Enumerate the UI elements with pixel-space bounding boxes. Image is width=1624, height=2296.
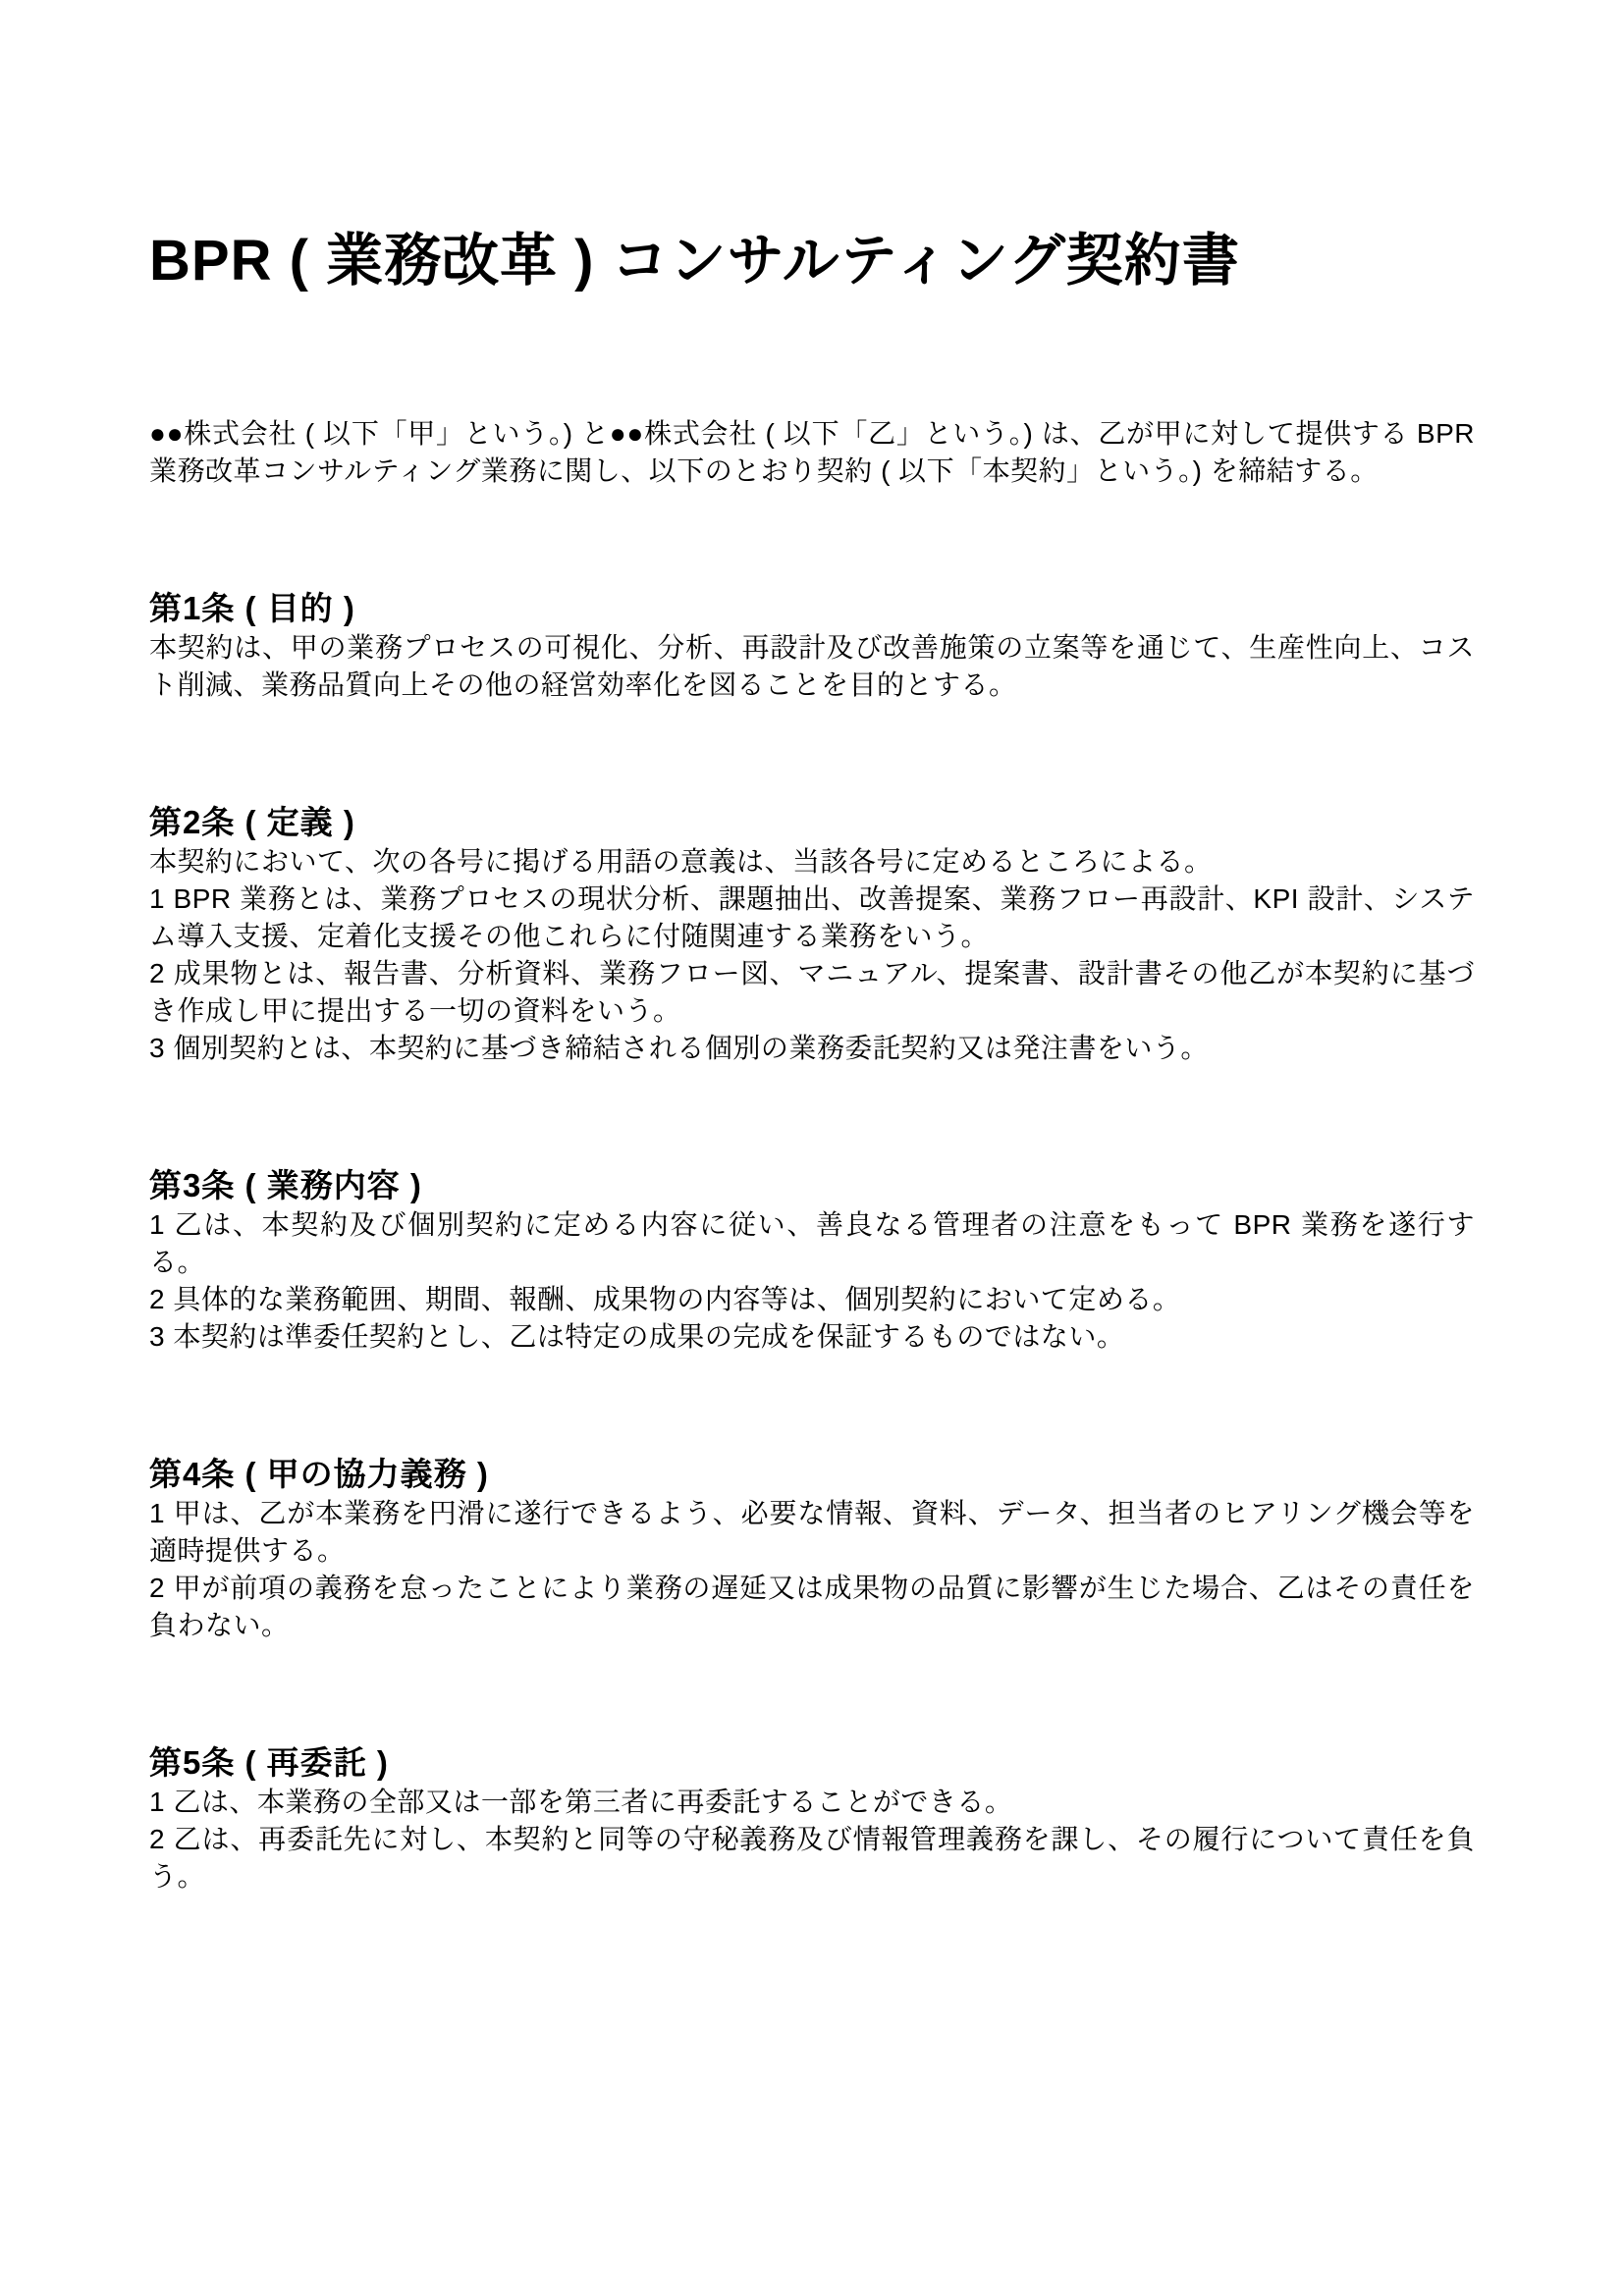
article-paragraph: 2 乙は、再委託先に対し、本契約と同等の守秘義務及び情報管理義務を課し、その履行… xyxy=(149,1821,1475,1896)
article-paragraph: 2 成果物とは、報告書、分析資料、業務フロー図、マニュアル、提案書、設計書その他… xyxy=(149,955,1475,1030)
article-body: 1 乙は、本業務の全部又は一部を第三者に再委託することができる。2 乙は、再委託… xyxy=(149,1784,1475,1896)
contract-article: 第1条 ( 目的 ) 本契約は、甲の業務プロセスの可視化、分析、再設計及び改善施… xyxy=(149,588,1475,704)
article-paragraph: 3 個別契約とは、本契約に基づき締結される個別の業務委託契約又は発注書をいう。 xyxy=(149,1030,1475,1067)
article-heading: 第1条 ( 目的 ) xyxy=(149,588,1475,629)
article-heading: 第4条 ( 甲の協力義務 ) xyxy=(149,1454,1475,1495)
article-paragraph: 2 甲が前項の義務を怠ったことにより業務の遅延又は成果物の品質に影響が生じた場合… xyxy=(149,1570,1475,1644)
article-body: 本契約は、甲の業務プロセスの可視化、分析、再設計及び改善施策の立案等を通じて、生… xyxy=(149,629,1475,704)
article-body: 1 甲は、乙が本業務を円滑に遂行できるよう、必要な情報、資料、データ、担当者のヒ… xyxy=(149,1495,1475,1644)
contract-article: 第4条 ( 甲の協力義務 ) 1 甲は、乙が本業務を円滑に遂行できるよう、必要な… xyxy=(149,1454,1475,1644)
contract-article: 第5条 ( 再委託 ) 1 乙は、本業務の全部又は一部を第三者に再委託することが… xyxy=(149,1742,1475,1896)
article-body: 1 乙は、本契約及び個別契約に定める内容に従い、善良なる管理者の注意をもって B… xyxy=(149,1206,1475,1356)
contract-article: 第3条 ( 業務内容 ) 1 乙は、本契約及び個別契約に定める内容に従い、善良な… xyxy=(149,1165,1475,1356)
article-heading: 第2条 ( 定義 ) xyxy=(149,802,1475,843)
article-heading: 第3条 ( 業務内容 ) xyxy=(149,1165,1475,1206)
article-paragraph: 本契約において、次の各号に掲げる用語の意義は、当該各号に定めるところによる。 xyxy=(149,843,1475,881)
articles: 第1条 ( 目的 ) 本契約は、甲の業務プロセスの可視化、分析、再設計及び改善施… xyxy=(149,588,1475,1896)
article-paragraph: 1 BPR 業務とは、業務プロセスの現状分析、課題抽出、改善提案、業務フロー再設… xyxy=(149,881,1475,955)
article-paragraph: 2 具体的な業務範囲、期間、報酬、成果物の内容等は、個別契約において定める。 xyxy=(149,1281,1475,1318)
contract-article: 第2条 ( 定義 ) 本契約において、次の各号に掲げる用語の意義は、当該各号に定… xyxy=(149,802,1475,1067)
article-paragraph: 1 乙は、本業務の全部又は一部を第三者に再委託することができる。 xyxy=(149,1784,1475,1821)
article-heading: 第5条 ( 再委託 ) xyxy=(149,1742,1475,1784)
document-title: BPR ( 業務改革 ) コンサルティング契約書 xyxy=(149,0,1475,297)
article-paragraph: 3 本契約は準委任契約とし、乙は特定の成果の完成を保証するものではない。 xyxy=(149,1318,1475,1356)
contract-document-page: BPR ( 業務改革 ) コンサルティング契約書 ●●株式会社 ( 以下「甲」と… xyxy=(0,0,1624,2296)
article-paragraph: 1 甲は、乙が本業務を円滑に遂行できるよう、必要な情報、資料、データ、担当者のヒ… xyxy=(149,1495,1475,1570)
article-body: 本契約において、次の各号に掲げる用語の意義は、当該各号に定めるところによる。1 … xyxy=(149,843,1475,1067)
article-paragraph: 1 乙は、本契約及び個別契約に定める内容に従い、善良なる管理者の注意をもって B… xyxy=(149,1206,1475,1281)
article-paragraph: 本契約は、甲の業務プロセスの可視化、分析、再設計及び改善施策の立案等を通じて、生… xyxy=(149,629,1475,704)
contract-preamble: ●●株式会社 ( 以下「甲」という。) と●●株式会社 ( 以下「乙」という。)… xyxy=(149,415,1475,490)
